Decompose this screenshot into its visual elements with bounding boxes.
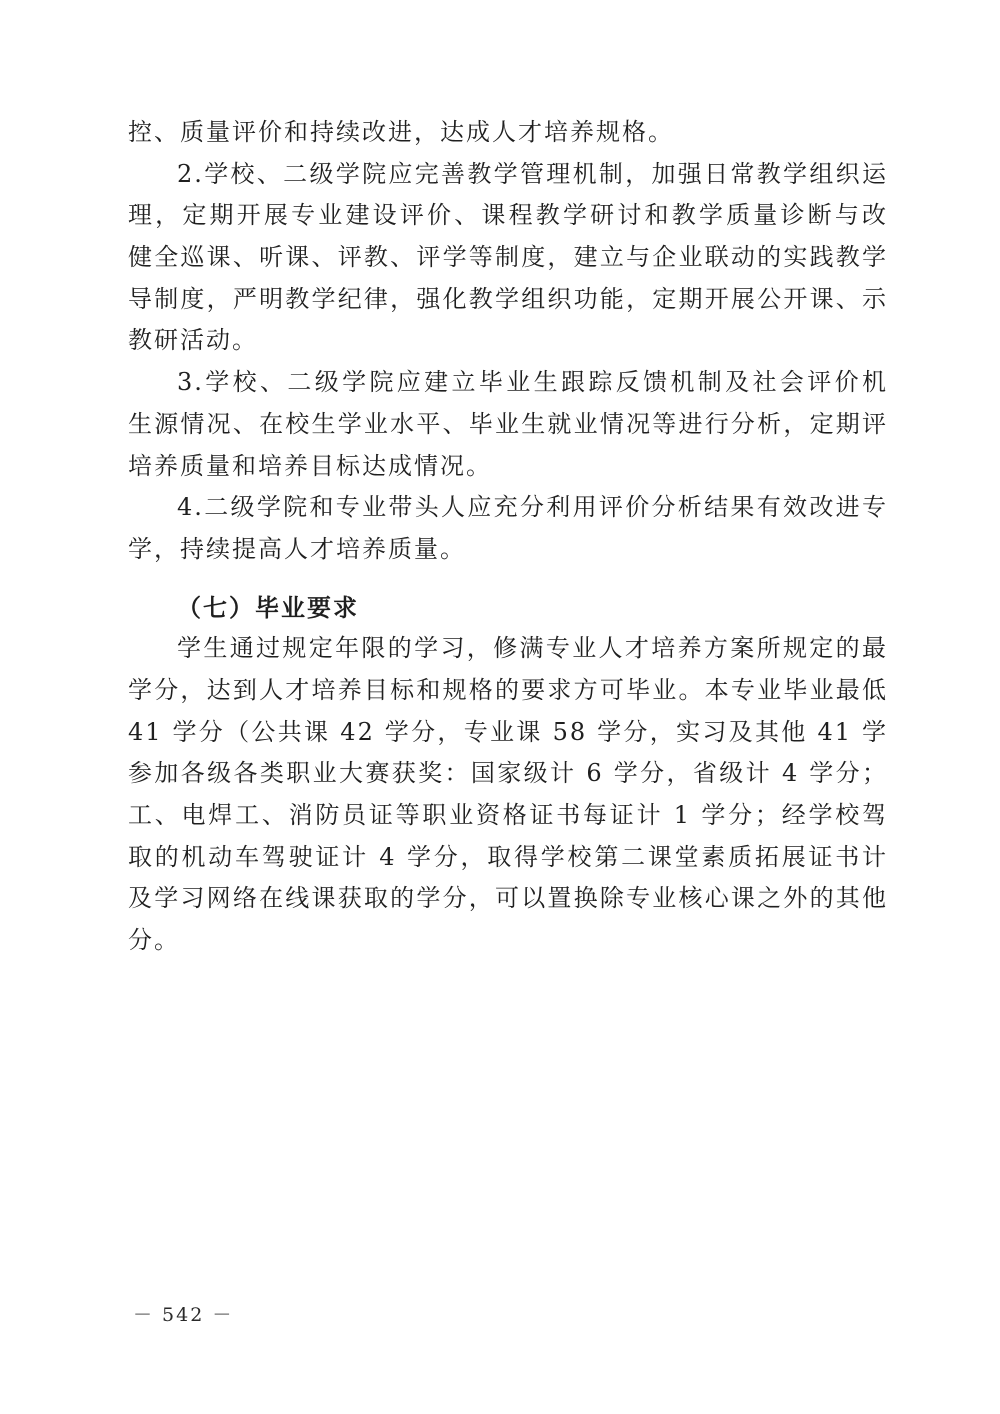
page-number: － 542 － — [133, 1300, 233, 1327]
text-line: 导制度，严明教学纪律，强化教学组织功能，定期开展公开课、示范课等 — [128, 279, 888, 321]
text-line: 及学习网络在线课获取的学分，可以置换除专业核心课之外的其他课程学 — [128, 878, 888, 920]
text-line: 分。 — [128, 920, 888, 962]
text-line: 控、质量评价和持续改进，达成人才培养规格。 — [128, 112, 888, 154]
text-line: 2.学校、二级学院应完善教学管理机制，加强日常教学组织运行与管 — [128, 154, 888, 196]
text-line: 取的机动车驾驶证计 4 学分，取得学校第二课堂素质拓展证书计 2 学分以 — [128, 837, 888, 879]
text-line: 理，定期开展专业建设评价、课程教学研讨和教学质量诊断与改进，建立 — [128, 195, 888, 237]
text-line: 学，持续提高人才培养质量。 — [128, 529, 888, 571]
text-line: 3.学校、二级学院应建立毕业生跟踪反馈机制及社会评价机制，并对 — [128, 362, 888, 404]
text-line: 培养质量和培养目标达成情况。 — [128, 446, 888, 488]
text-line: 学生通过规定年限的学习，修满专业人才培养方案所规定的最低毕业 — [128, 628, 888, 670]
document-page: 控、质量评价和持续改进，达成人才培养规格。2.学校、二级学院应完善教学管理机制，… — [0, 0, 1000, 1414]
text-line: 工、电焊工、消防员证等职业资格证书每证计 1 学分；经学校驾校学习获 — [128, 795, 888, 837]
section-heading: （七）毕业要求 — [128, 587, 888, 629]
document-body: 控、质量评价和持续改进，达成人才培养规格。2.学校、二级学院应完善教学管理机制，… — [128, 112, 888, 962]
text-line: 生源情况、在校生学业水平、毕业生就业情况等进行分析，定期评价人才 — [128, 404, 888, 446]
text-line: 学分，达到人才培养目标和规格的要求方可毕业。本专业毕业最低学分 1 — [128, 670, 888, 712]
text-line: 参加各级各类职业大赛获奖：国家级计 6 学分，省级计 4 学分；取得的电 — [128, 753, 888, 795]
text-line: 教研活动。 — [128, 320, 888, 362]
text-line: 健全巡课、听课、评教、评学等制度，建立与企业联动的实践教学环节督 — [128, 237, 888, 279]
text-line: 41 学分（公共课 42 学分，专业课 58 学分，实习及其他 41 学分）；学… — [128, 712, 888, 754]
text-line: 4.二级学院和专业带头人应充分利用评价分析结果有效改进专业教 — [128, 487, 888, 529]
